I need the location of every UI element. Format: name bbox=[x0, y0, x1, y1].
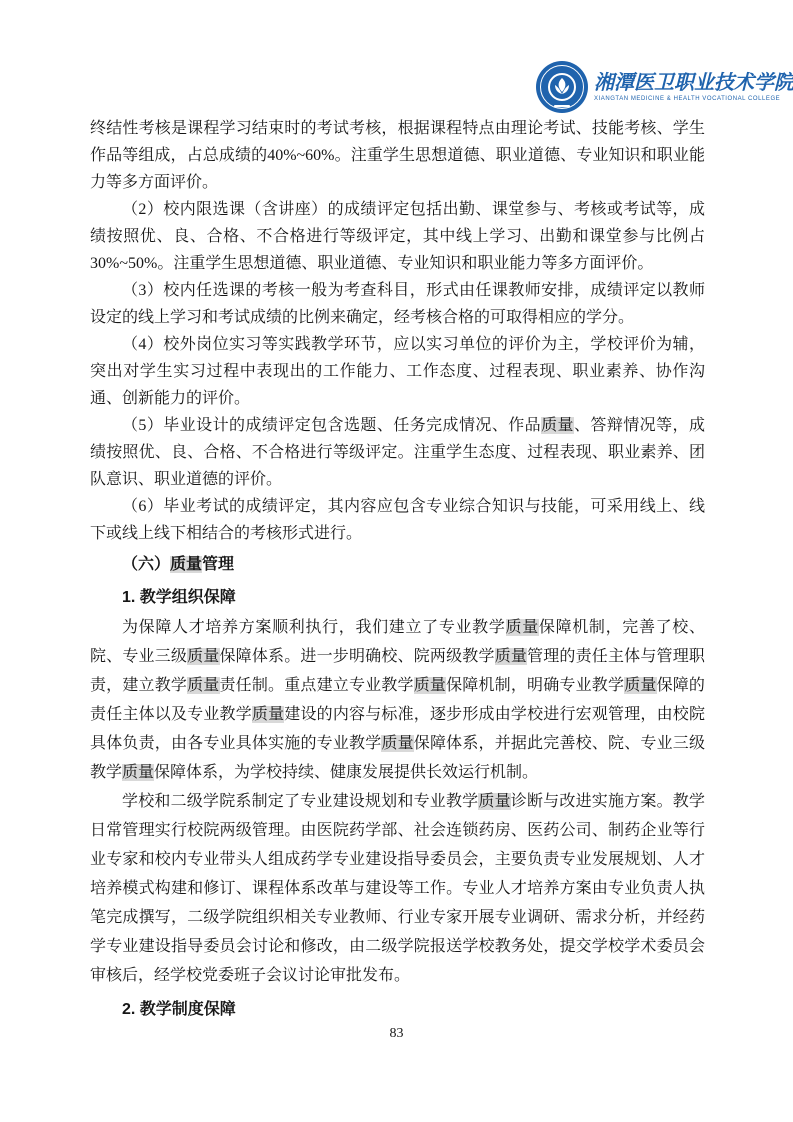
page-footer: 83 bbox=[0, 1024, 793, 1044]
college-name-en: XIANGTAN MEDICINE & HEALTH VOCATIONAL CO… bbox=[594, 95, 793, 103]
college-logotype: 湘潭医卫职业技术学院 XIANGTAN MEDICINE & HEALTH VO… bbox=[594, 72, 793, 103]
page-number: 83 bbox=[390, 1026, 404, 1041]
document-body: 终结性考核是课程学习结束时的考试考核，根据课程特点由理论考试、技能考核、学生作品… bbox=[90, 115, 705, 1023]
paragraph-quality-assurance-mechanism: 为保障人才培养方案顺利执行，我们建立了专业教学质量保障机制，完善了校、院、专业三… bbox=[90, 613, 705, 787]
paragraph-item-4-off-campus-internship: （4）校外岗位实习等实践教学环节，应以实习单位的评价为主，学校评价为辅，突出对学… bbox=[90, 331, 705, 412]
college-name-cn: 湘潭医卫职业技术学院 bbox=[594, 72, 793, 94]
document-page: 湘潭医卫职业技术学院 XIANGTAN MEDICINE & HEALTH VO… bbox=[0, 0, 793, 1122]
paragraph-summative-assessment: 终结性考核是课程学习结束时的考试考核，根据课程特点由理论考试、技能考核、学生作品… bbox=[90, 115, 705, 196]
college-seal-icon bbox=[536, 61, 588, 113]
heading-teaching-system-guarantee: 2. 教学制度保障 bbox=[90, 996, 705, 1023]
heading-teaching-organization-guarantee: 1. 教学组织保障 bbox=[90, 584, 705, 611]
heading-quality-management: （六）质量管理 bbox=[90, 551, 705, 578]
paragraph-item-2-limited-electives: （2）校内限选课（含讲座）的成绩评定包括出勤、课堂参与、考核或考试等，成绩按照优… bbox=[90, 196, 705, 277]
paragraph-item-5-graduation-design: （5）毕业设计的成绩评定包含选题、任务完成情况、作品质量、答辩情况等，成绩按照优… bbox=[90, 412, 705, 493]
paragraph-item-3-free-electives: （3）校内任选课的考核一般为考查科目，形式由任课教师安排，成绩评定以教师设定的线… bbox=[90, 277, 705, 331]
paragraph-professional-committee: 学校和二级学院系制定了专业建设规划和专业教学质量诊断与改进实施方案。教学日常管理… bbox=[90, 787, 705, 990]
page-header: 湘潭医卫职业技术学院 XIANGTAN MEDICINE & HEALTH VO… bbox=[536, 58, 785, 116]
paragraph-item-6-graduation-exam: （6）毕业考试的成绩评定，其内容应包含专业综合知识与技能，可采用线上、线下或线上… bbox=[90, 493, 705, 547]
